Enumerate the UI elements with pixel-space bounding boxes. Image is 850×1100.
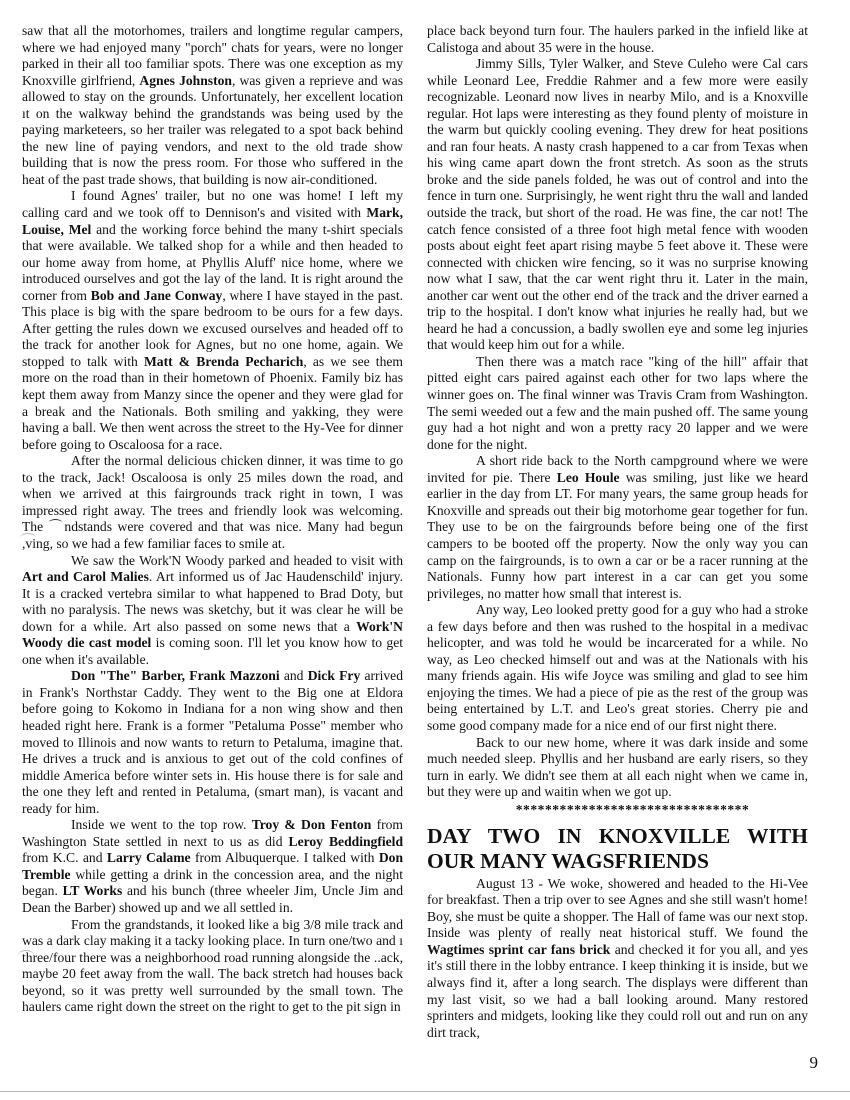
- left-column: saw that all the motorhomes, trailers an…: [22, 23, 403, 1016]
- text-run: From the grandstands, it looked like a b…: [22, 917, 403, 1015]
- bold-name: LT Works: [63, 883, 123, 898]
- bold-name: Agnes Johnston: [139, 73, 232, 88]
- bold-name: Bob and Jane Conway: [91, 288, 223, 303]
- text-run: from K.C. and: [22, 850, 107, 865]
- text-run: We saw the Work'N Woody parked and heade…: [71, 553, 403, 568]
- paragraph: I found Agnes' trailer, but no one was h…: [22, 188, 403, 453]
- paragraph: Jimmy Sills, Tyler Walker, and Steve Cul…: [427, 56, 808, 354]
- right-column-body: place back beyond turn four. The haulers…: [427, 23, 808, 801]
- footer-rule: [0, 1091, 850, 1092]
- bold-name: Larry Calame: [107, 850, 191, 865]
- bold-name: Wagtimes sprint car fans brick: [427, 942, 610, 957]
- paragraph: Inside we went to the top row. Troy & Do…: [22, 817, 403, 916]
- text-run: and: [280, 668, 308, 683]
- text-run: August 13 - We woke, showered and headed…: [427, 876, 808, 941]
- paragraph: After the normal delicious chicken dinne…: [22, 453, 403, 552]
- text-run: Any way, Leo looked pretty good for a gu…: [427, 602, 808, 733]
- paragraph: saw that all the motorhomes, trailers an…: [22, 23, 403, 188]
- scan-artifact: [18, 950, 34, 961]
- text-run: Jimmy Sills, Tyler Walker, and Steve Cul…: [427, 56, 808, 352]
- bold-name: Troy & Don Fenton: [252, 817, 372, 832]
- page-number: 9: [810, 1053, 819, 1073]
- paragraph: A short ride back to the North campgroun…: [427, 453, 808, 602]
- bold-name: Dick Fry: [308, 668, 361, 683]
- bold-name: Art and Carol Malies: [22, 569, 149, 584]
- text-run: Back to our new home, where it was dark …: [427, 735, 808, 800]
- newsletter-page: saw that all the motorhomes, trailers an…: [0, 0, 850, 1100]
- text-run: was smiling, just like we heard earlier …: [427, 470, 808, 601]
- text-run: , was given a reprieve and was allowed t…: [22, 73, 403, 187]
- text-run: After the normal delicious chicken dinne…: [22, 453, 403, 551]
- paragraph: Then there was a match race "king of the…: [427, 354, 808, 453]
- bold-name: Leo Houle: [557, 470, 620, 485]
- paragraph: Don "The" Barber, Frank Mazzoni and Dick…: [22, 668, 403, 817]
- section-separator: ********************************: [427, 801, 808, 818]
- right-column: place back beyond turn four. The haulers…: [427, 23, 808, 1041]
- bold-name: Matt & Brenda Pecharich: [144, 354, 303, 369]
- text-run: I found Agnes' trailer, but no one was h…: [22, 188, 403, 220]
- paragraph: August 13 - We woke, showered and headed…: [427, 876, 808, 1041]
- text-run: Then there was a match race "king of the…: [427, 354, 808, 452]
- paragraph: From the grandstands, it looked like a b…: [22, 917, 403, 1016]
- section-body: August 13 - We woke, showered and headed…: [427, 876, 808, 1041]
- text-run: from Albuquerque. I talked with: [191, 850, 379, 865]
- section-headline: DAY TWO IN KNOXVILLE WITH OUR MANY WAGSF…: [427, 824, 808, 874]
- paragraph: We saw the Work'N Woody parked and heade…: [22, 553, 403, 669]
- paragraph: place back beyond turn four. The haulers…: [427, 23, 808, 56]
- paragraph: Back to our new home, where it was dark …: [427, 735, 808, 801]
- text-run: Inside we went to the top row.: [71, 817, 252, 832]
- text-run: arrived in Frank's Northstar Caddy. They…: [22, 668, 403, 815]
- paragraph: Any way, Leo looked pretty good for a gu…: [427, 602, 808, 734]
- text-run: place back beyond turn four. The haulers…: [427, 23, 808, 55]
- scan-artifact: [20, 533, 36, 544]
- bold-name: Leroy Beddingfield: [289, 834, 404, 849]
- bold-name: Don "The" Barber, Frank Mazzoni: [71, 668, 280, 683]
